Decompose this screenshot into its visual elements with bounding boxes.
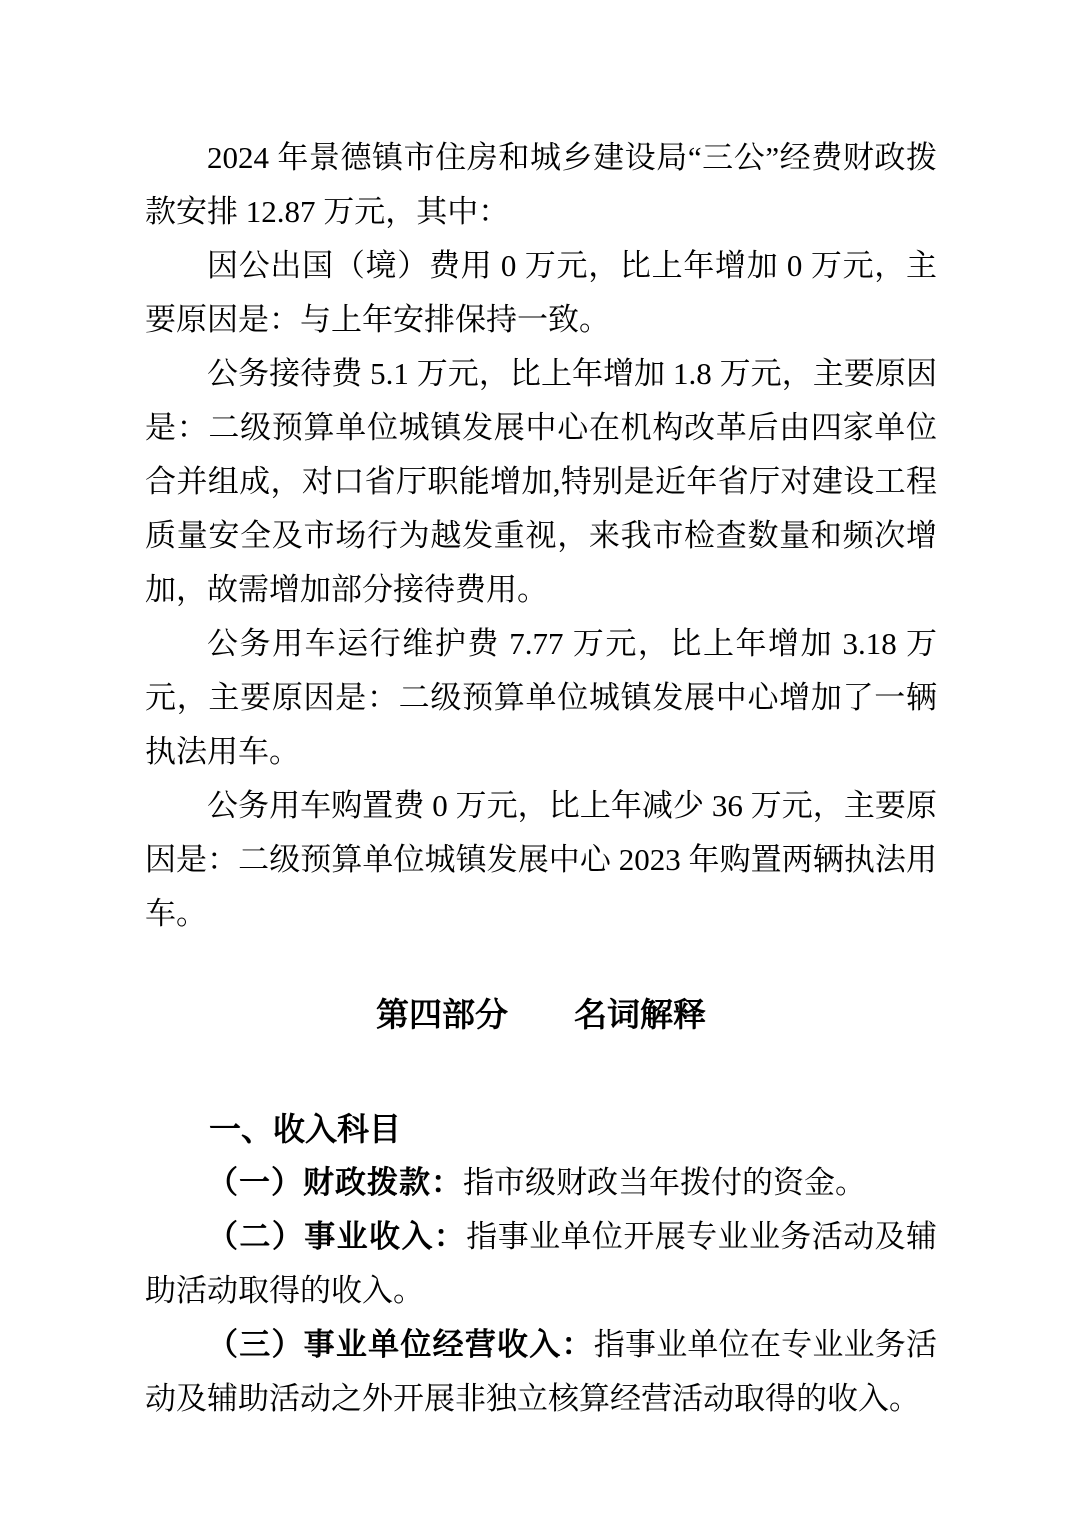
subsection-heading: 一、收入科目 — [145, 1102, 937, 1156]
section-heading: 第四部分 名词解释 — [145, 988, 937, 1042]
body-paragraph: 公务用车购置费 0 万元，比上年减少 36 万元，主要原因是：二级预算单位城镇发… — [145, 779, 937, 941]
body-paragraph: 因公出国（境）费用 0 万元，比上年增加 0 万元，主要原因是：与上年安排保持一… — [145, 239, 937, 347]
document-body: 2024 年景德镇市住房和城乡建设局“三公”经费财政拨款安排 12.87 万元，… — [145, 131, 937, 1426]
body-paragraph: 2024 年景德镇市住房和城乡建设局“三公”经费财政拨款安排 12.87 万元，… — [145, 131, 937, 239]
term-paragraph: （一）财政拨款：指市级财政当年拨付的资金。 — [145, 1156, 937, 1210]
term-label: （二）事业收入： — [207, 1219, 466, 1254]
term-paragraph: （二）事业收入：指事业单位开展专业业务活动及辅助活动取得的收入。 — [145, 1210, 937, 1318]
body-paragraph: 公务用车运行维护费 7.77 万元，比上年增加 3.18 万元，主要原因是：二级… — [145, 617, 937, 779]
term-label: （一）财政拨款： — [207, 1165, 463, 1200]
body-paragraph: 公务接待费 5.1 万元，比上年增加 1.8 万元，主要原因是：二级预算单位城镇… — [145, 347, 937, 617]
term-label: （三）事业单位经营收入： — [207, 1327, 594, 1362]
term-paragraph: （三）事业单位经营收入：指事业单位在专业业务活动及辅助活动之外开展非独立核算经营… — [145, 1318, 937, 1426]
document-page: 2024 年景德镇市住房和城乡建设局“三公”经费财政拨款安排 12.87 万元，… — [0, 0, 1074, 1520]
term-definition: 指市级财政当年拨付的资金。 — [463, 1165, 866, 1200]
